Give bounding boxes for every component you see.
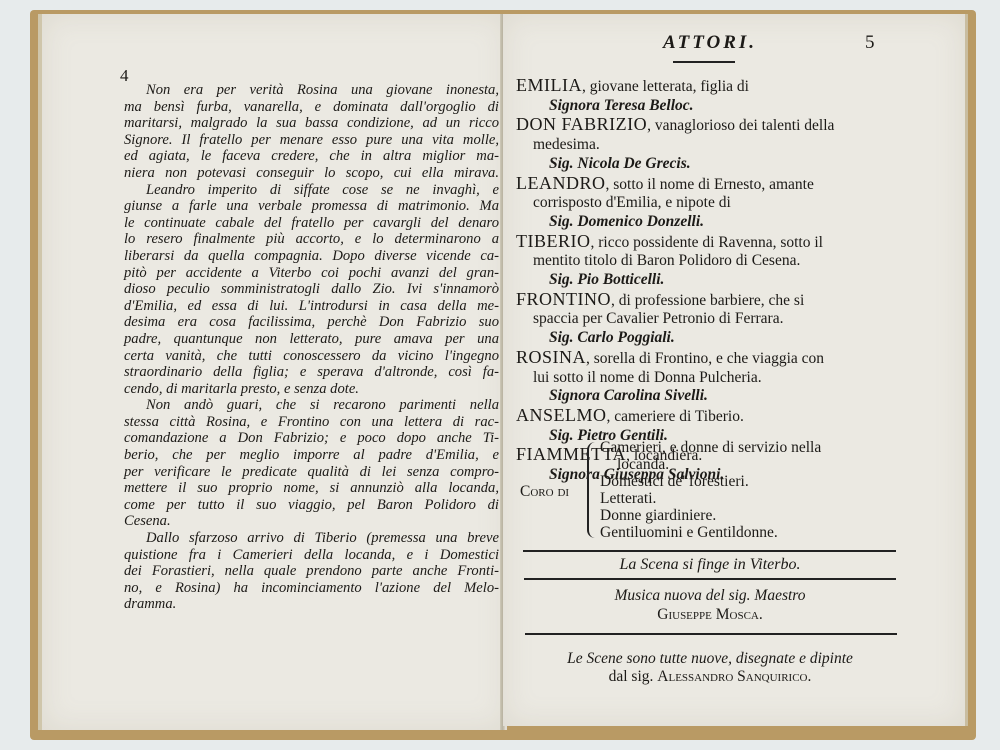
text-line: berio, che per meglio imporre al padre d… bbox=[124, 447, 499, 464]
cast-entry: EMILIA, giovane letterata, figlia di bbox=[516, 76, 900, 97]
role-name: LEANDRO bbox=[516, 173, 606, 193]
role-description: , ricco possidente di Ravenna, sotto il bbox=[591, 234, 823, 251]
text-line: Dallo sfarzoso arrivo di Tiberio (premes… bbox=[124, 530, 499, 547]
music-credit-line1: Musica nuova del sig. Maestro bbox=[510, 587, 910, 605]
chorus-item: locanda. bbox=[600, 457, 821, 474]
text-line: no, e Rosina) ha incominciamento l'azion… bbox=[124, 580, 499, 597]
text-line: Non andò guari, che si recarono pariment… bbox=[124, 397, 499, 414]
text-line: padre, quantunque non letterato, pure am… bbox=[124, 331, 499, 348]
divider-rule bbox=[525, 633, 897, 635]
title-rule bbox=[673, 61, 735, 63]
cast-title: ATTORI. bbox=[510, 32, 910, 54]
chorus-block: Coro di Camerieri, e donne di servizio n… bbox=[520, 440, 900, 540]
text-line: Cesena. bbox=[124, 513, 499, 530]
chorus-items: Camerieri, e donne di servizio nella loc… bbox=[600, 440, 821, 541]
actor-name: Sig. Domenico Donzelli. bbox=[516, 213, 900, 232]
role-description: , cameriere di Tiberio. bbox=[607, 408, 744, 425]
divider-rule bbox=[523, 550, 896, 552]
setting-line: La Scena si finge in Viterbo. bbox=[510, 556, 910, 574]
text-line: comandazione a Don Fabrizio; e poco dopo… bbox=[124, 430, 499, 447]
scenographer-name: Alessandro Sanquirico. bbox=[657, 668, 811, 685]
text-line: cendo, di maritarla presto, e senza dote… bbox=[124, 381, 499, 398]
text-line: d'Emilia, ed essa di lui. L'introdursi i… bbox=[124, 298, 499, 315]
role-description: , giovane letterata, figlia di bbox=[582, 78, 749, 95]
text-line: pitò per accidente a Viterbo coi pochi a… bbox=[124, 265, 499, 282]
curly-brace bbox=[587, 442, 599, 538]
text-line: come per tutto il suo viaggio, pel Baron… bbox=[124, 497, 499, 514]
role-name: TIBERIO bbox=[516, 231, 591, 251]
chorus-item: Camerieri, e donne di servizio nella bbox=[600, 440, 821, 457]
role-description: , di professione barbiere, che si bbox=[611, 292, 804, 309]
role-description: , vanaglorioso dei talenti della bbox=[647, 117, 834, 134]
chorus-item: Letterati. bbox=[600, 491, 821, 508]
cast-entry: LEANDRO, sotto il nome di Ernesto, amant… bbox=[516, 174, 900, 195]
actor-name: Signora Carolina Sivelli. bbox=[516, 387, 900, 406]
text-line: liberarsi da quella compagnia. Dopo dive… bbox=[124, 248, 499, 265]
role-description-cont: spaccia per Cavalier Petronio di Ferrara… bbox=[516, 310, 900, 329]
chorus-label: Coro di bbox=[520, 483, 569, 501]
chorus-item: Domestici de' forestieri. bbox=[600, 474, 821, 491]
text-line: per verificare le predicate qualità di l… bbox=[124, 464, 499, 481]
text-line: Non era per verità Rosina una giovane in… bbox=[124, 82, 499, 99]
role-name: ANSELMO bbox=[516, 405, 607, 425]
text-line: stessa città Rosina, e Frontino con una … bbox=[124, 414, 499, 431]
text-line: maritarsi, malgrado la sua bassa condizi… bbox=[124, 115, 499, 132]
text-line: ed agiata, le faceva credere, che in alt… bbox=[124, 148, 499, 165]
scenes-credit-line2: dal sig. Alessandro Sanquirico. bbox=[510, 668, 910, 686]
text-line: mettere il suo proprio nome, si annunziò… bbox=[124, 480, 499, 497]
cast-entry: DON FABRIZIO, vanaglorioso dei talenti d… bbox=[516, 115, 900, 136]
text-line: Signore. Il fratello per menare esso pur… bbox=[124, 132, 499, 149]
text-line: certa vanità, che tutti conoscessero da … bbox=[124, 348, 499, 365]
composer-name: Giuseppe Mosca. bbox=[510, 606, 910, 624]
divider-rule bbox=[524, 578, 896, 580]
cast-list: EMILIA, giovane letterata, figlia di Sig… bbox=[516, 76, 900, 485]
text-line: le continuate cabale del fratello per ca… bbox=[124, 215, 499, 232]
text-line: niera non potevasi conseguir lo scopo, c… bbox=[124, 165, 499, 182]
text-line: straordinario della figlia; e sperava d'… bbox=[124, 364, 499, 381]
text-line: Leandro imperito di siffate cose se ne i… bbox=[124, 182, 499, 199]
scenes-credit-line1: Le Scene sono tutte nuove, disegnate e d… bbox=[510, 650, 910, 668]
role-description-cont: mentito titolo di Baron Polidoro di Cese… bbox=[516, 252, 900, 271]
role-name: ROSINA bbox=[516, 347, 586, 367]
role-description-cont: corrisposto d'Emilia, e nipote di bbox=[516, 194, 900, 213]
cast-entry: ROSINA, sorella di Frontino, e che viagg… bbox=[516, 348, 900, 369]
cast-entry: TIBERIO, ricco possidente di Ravenna, so… bbox=[516, 232, 900, 253]
text-line: desima era cosa facilissima, perchè Don … bbox=[124, 314, 499, 331]
role-name: DON FABRIZIO bbox=[516, 114, 647, 134]
text-line: ma bensì furba, vanarella, e dominata da… bbox=[124, 99, 499, 116]
text-line: dei Forastieri, nella quale prendono par… bbox=[124, 563, 499, 580]
actor-name: Sig. Carlo Poggiali. bbox=[516, 329, 900, 348]
actor-name: Sig. Nicola De Grecis. bbox=[516, 155, 900, 174]
role-description: , sotto il nome di Ernesto, amante bbox=[606, 176, 814, 193]
scenes-credit-prefix: dal sig. bbox=[609, 668, 658, 685]
role-name: FRONTINO bbox=[516, 289, 611, 309]
role-description-cont: lui sotto il nome di Donna Pulcheria. bbox=[516, 369, 900, 388]
text-line: quistione fra i Camerieri della locanda,… bbox=[124, 547, 499, 564]
role-description: , sorella di Frontino, e che viaggia con bbox=[586, 350, 824, 367]
text-line: lo resero finalmente più accorto, e lo d… bbox=[124, 231, 499, 248]
chorus-item: Gentiluomini e Gentildonne. bbox=[600, 525, 821, 542]
text-line: dramma. bbox=[124, 596, 499, 613]
cast-entry: FRONTINO, di professione barbiere, che s… bbox=[516, 290, 900, 311]
cast-entry: ANSELMO, cameriere di Tiberio. bbox=[516, 406, 900, 427]
actor-name: Signora Teresa Belloc. bbox=[516, 97, 900, 116]
role-description-cont: medesima. bbox=[516, 136, 900, 155]
role-name: EMILIA bbox=[516, 75, 582, 95]
actor-name: Sig. Pio Botticelli. bbox=[516, 271, 900, 290]
chorus-item: Donne giardiniere. bbox=[600, 508, 821, 525]
left-page-body: Non era per verità Rosina una giovane in… bbox=[124, 82, 499, 613]
text-line: giunse a farle una verbale promessa di m… bbox=[124, 198, 499, 215]
text-line: dioso peculio somministratogli dallo Zio… bbox=[124, 281, 499, 298]
